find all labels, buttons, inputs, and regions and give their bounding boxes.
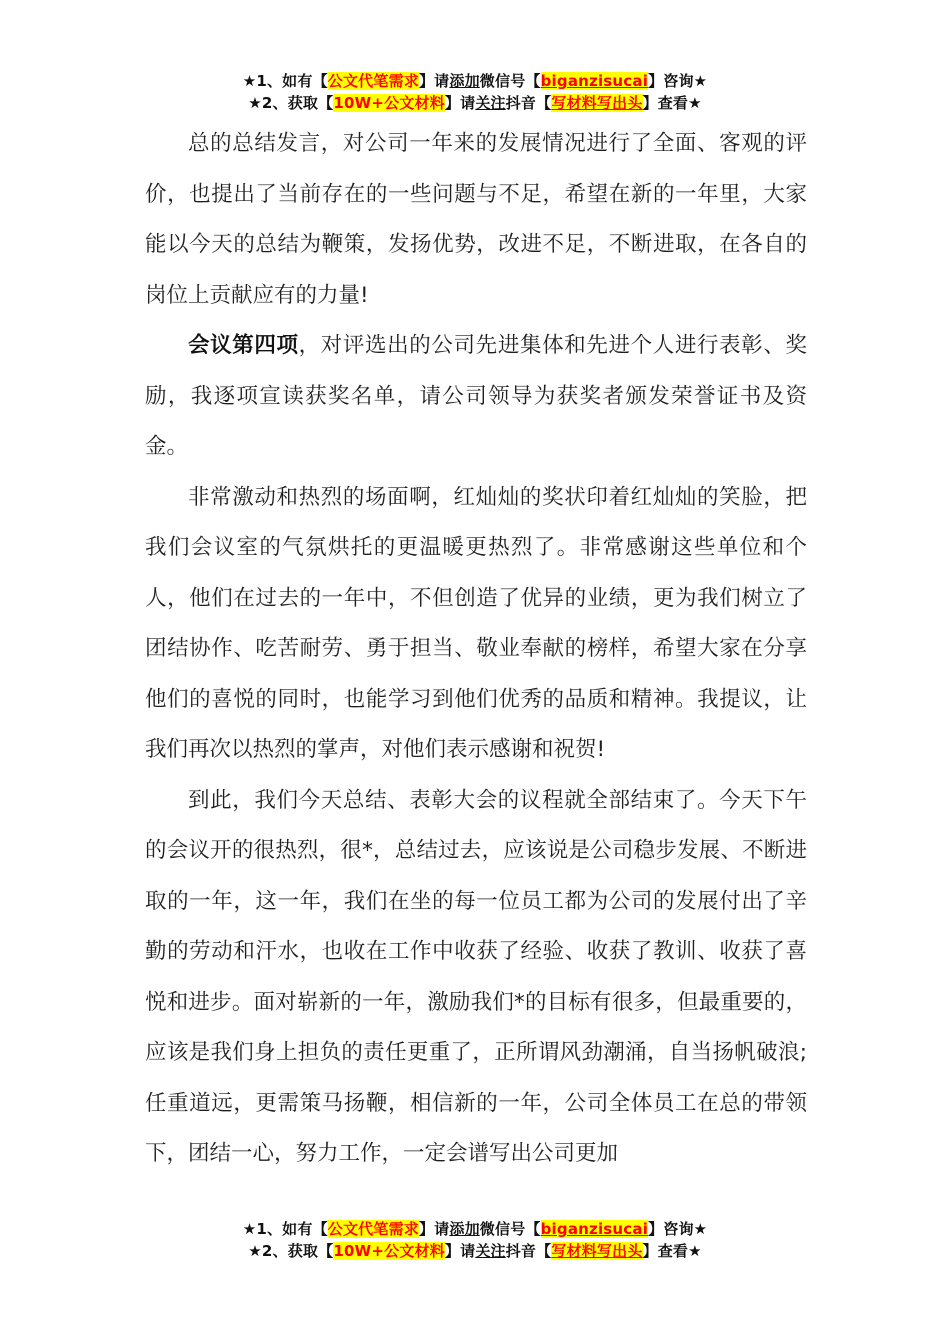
- banner-text: 微信号【: [480, 1220, 541, 1238]
- highlight-ghostwriting: 公文代笔需求: [328, 1220, 419, 1238]
- paragraph-1: 总的总结发言，对公司一年来的发展情况进行了全面、客观的评价，也提出了当前存在的一…: [145, 119, 807, 321]
- emphasis-follow: 关注: [475, 94, 505, 112]
- banner-text: 微信号【: [480, 72, 541, 90]
- header-banner-line-2: ★2、获取【10W+公文材料】请关注抖音【写材料写出头】查看★: [0, 92, 950, 114]
- paragraph-bold-lead: 会议第四项: [188, 333, 299, 358]
- banner-text: 】请: [445, 1242, 475, 1260]
- banner-text: ★1、如有【: [243, 1220, 328, 1238]
- footer-banner-line-2: ★2、获取【10W+公文材料】请关注抖音【写材料写出头】查看★: [0, 1240, 950, 1262]
- banner-text: 】咨询★: [648, 72, 707, 90]
- banner-text: ★2、获取【: [248, 94, 333, 112]
- banner-text: ★1、如有【: [243, 72, 328, 90]
- emphasis-add: 添加: [449, 72, 479, 90]
- wechat-id-link[interactable]: biganzisucai: [541, 1220, 648, 1238]
- banner-text: 】查看★: [643, 1242, 702, 1260]
- highlight-materials: 10W+公文材料: [333, 1242, 445, 1260]
- douyin-account-link[interactable]: 写材料写出头: [551, 94, 642, 112]
- paragraph-text: 非常激动和热烈的场面啊，红灿灿的奖状印着红灿灿的笑脸，把我们会议室的气氛烘托的更…: [145, 485, 807, 763]
- document-body: 总的总结发言，对公司一年来的发展情况进行了全面、客观的评价，也提出了当前存在的一…: [145, 119, 807, 1180]
- banner-text: 】请: [419, 72, 449, 90]
- banner-text: ★2、获取【: [248, 1242, 333, 1260]
- douyin-account-link[interactable]: 写材料写出头: [551, 1242, 642, 1260]
- header-banner-line-1: ★1、如有【公文代笔需求】请添加微信号【biganzisucai】咨询★: [0, 70, 950, 92]
- banner-text: 】查看★: [643, 94, 702, 112]
- header-banner: ★1、如有【公文代笔需求】请添加微信号【biganzisucai】咨询★ ★2、…: [0, 70, 950, 114]
- banner-text: 】请: [445, 94, 475, 112]
- footer-banner-line-1: ★1、如有【公文代笔需求】请添加微信号【biganzisucai】咨询★: [0, 1218, 950, 1240]
- banner-text: 】请: [419, 1220, 449, 1238]
- paragraph-text: 总的总结发言，对公司一年来的发展情况进行了全面、客观的评价，也提出了当前存在的一…: [145, 131, 807, 308]
- banner-text: 抖音【: [506, 94, 552, 112]
- highlight-materials: 10W+公文材料: [333, 94, 445, 112]
- paragraph-4: 到此，我们今天总结、表彰大会的议程就全部结束了。今天下午的会议开的很热烈，很*，…: [145, 776, 807, 1180]
- wechat-id-link[interactable]: biganzisucai: [541, 72, 648, 90]
- paragraph-2: 会议第四项，对评选出的公司先进集体和先进个人进行表彰、奖励，我逐项宣读获奖名单，…: [145, 321, 807, 473]
- emphasis-add: 添加: [449, 1220, 479, 1238]
- banner-text: 抖音【: [506, 1242, 552, 1260]
- paragraph-3: 非常激动和热烈的场面啊，红灿灿的奖状印着红灿灿的笑脸，把我们会议室的气氛烘托的更…: [145, 473, 807, 776]
- banner-text: 】咨询★: [648, 1220, 707, 1238]
- emphasis-follow: 关注: [475, 1242, 505, 1260]
- highlight-ghostwriting: 公文代笔需求: [328, 72, 419, 90]
- paragraph-text: 到此，我们今天总结、表彰大会的议程就全部结束了。今天下午的会议开的很热烈，很*，…: [145, 788, 807, 1167]
- footer-banner: ★1、如有【公文代笔需求】请添加微信号【biganzisucai】咨询★ ★2、…: [0, 1218, 950, 1262]
